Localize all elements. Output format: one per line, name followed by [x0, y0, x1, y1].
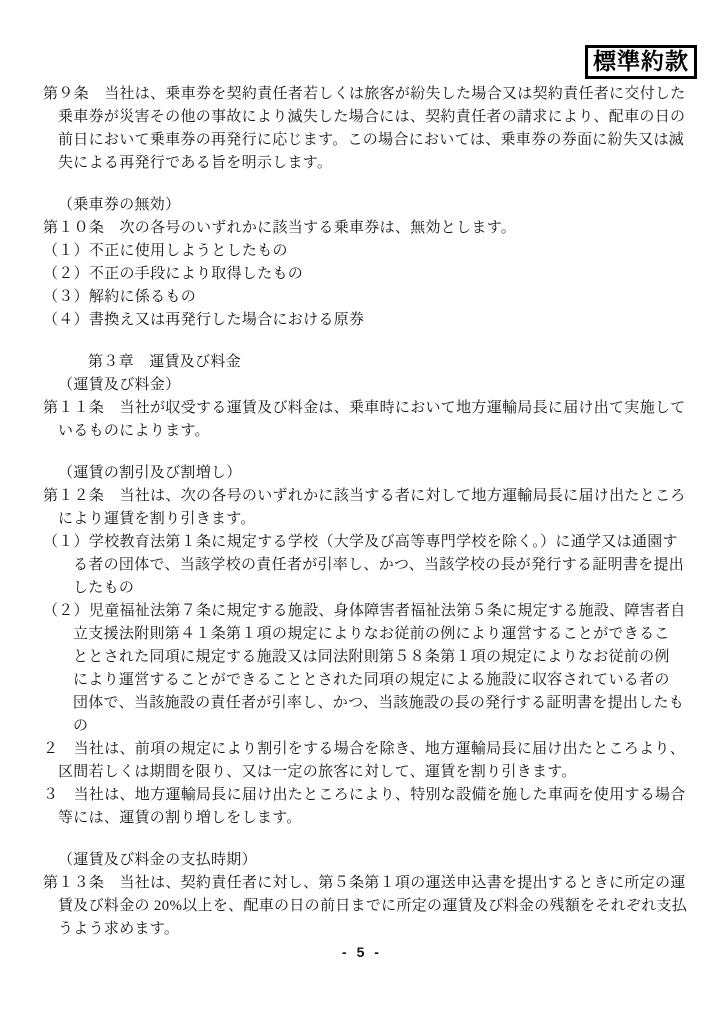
text-line: 第１０条 次の各号のいずれかに該当する乗車券は、無効とします。 [43, 217, 704, 240]
text-line: 区間若しくは期間を限り、又は一定の旅客に対して、運賃を割り引きます。 [43, 761, 704, 784]
text-line: （２）児童福祉法第７条に規定する施設、身体障害者福祉法第５条に規定する施設、障害… [43, 600, 704, 623]
text-line: 賃及び料金の 20%以上を、配車の日の前日までに所定の運賃及び料金の残額をそれぞ… [43, 895, 704, 918]
text-line: （運賃及び料金） [43, 374, 704, 397]
text-line: （３）解約に係るもの [43, 286, 704, 309]
text-line: 等には、運賃の割り増しをします。 [43, 807, 704, 830]
text-line: る者の団体で、当該学校の責任者が引率し、かつ、当該学校の長が発行する証明書を提出 [43, 554, 704, 577]
text-line: 第１３条 当社は、契約責任者に対し、第５条第１項の運送申込書を提出するときに所定… [43, 872, 704, 895]
paragraph-block-article-9-reissue-of-lost-tickets: 第９条 当社は、乗車券を契約責任者若しくは旅客が紛失した場合又は契約責任者に交付… [43, 83, 704, 175]
title-stamp-label: 標準約款 [593, 48, 689, 74]
text-line: 第９条 当社は、乗車券を契約責任者若しくは旅客が紛失した場合又は契約責任者に交付… [43, 83, 704, 106]
document-body: 第９条 当社は、乗車券を契約責任者若しくは旅客が紛失した場合又は契約責任者に交付… [43, 83, 704, 941]
text-line: により運営することができることとされた同項の規定による施設に収容されている者の [43, 669, 704, 692]
text-line: （２）不正の手段により取得したもの [43, 263, 704, 286]
text-line: したもの [43, 577, 704, 600]
paragraph-block-article-10-invalid-tickets: （乗車券の無効）第１０条 次の各号のいずれかに該当する乗車券は、無効とします。（… [43, 194, 704, 332]
paragraph-block-chapter-3-and-article-11-fares: 第３章 運賃及び料金（運賃及び料金）第１１条 当社が収受する運賃及び料金は、乗車… [43, 351, 704, 443]
paragraph-block-article-12-discounts-and-surcharges: （運賃の割引及び割増し）第１２条 当社は、次の各号のいずれかに該当する者に対して… [43, 462, 704, 830]
text-line: 乗車券が災害その他の事故により滅失した場合には、契約責任者の請求により、配車の日… [43, 106, 704, 129]
text-line: 前日において乗車券の再発行に応じます。この場合においては、乗車券の券面に紛失又は… [43, 129, 704, 152]
text-line: いるものによります。 [43, 420, 704, 443]
text-line: ２ 当社は、前項の規定により割引をする場合を除き、地方運輸局長に届け出たところよ… [43, 738, 704, 761]
text-line: （１）不正に使用しようとしたもの [43, 240, 704, 263]
document-page: 標準約款 第９条 当社は、乗車券を契約責任者若しくは旅客が紛失した場合又は契約責… [0, 0, 724, 1024]
title-stamp: 標準約款 [585, 45, 697, 79]
text-line: 失による再発行である旨を明示します。 [43, 152, 704, 175]
text-line: （４）書換え又は再発行した場合における原券 [43, 309, 704, 332]
text-line: 立支援法附則第４１条第１項の規定によりなお従前の例により運営することができるこ [43, 623, 704, 646]
page-number: - 5 - [0, 944, 724, 960]
text-line: （１）学校教育法第１条に規定する学校（大学及び高等専門学校を除く。）に通学又は通… [43, 531, 704, 554]
text-line: （運賃の割引及び割増し） [43, 462, 704, 485]
text-line: ととされた同項に規定する施設又は同法附則第５８条第１項の規定によりなお従前の例 [43, 646, 704, 669]
paragraph-block-article-13-payment-timing: （運賃及び料金の支払時期）第１３条 当社は、契約責任者に対し、第５条第１項の運送… [43, 849, 704, 941]
text-line: （乗車券の無効） [43, 194, 704, 217]
text-line: うよう求めます。 [43, 918, 704, 941]
text-line: （運賃及び料金の支払時期） [43, 849, 704, 872]
text-line: ３ 当社は、地方運輸局長に届け出たところにより、特別な設備を施した車両を使用する… [43, 784, 704, 807]
text-line: の [43, 715, 704, 738]
text-line: 第３章 運賃及び料金 [43, 351, 704, 374]
text-line: により運賃を割り引きます。 [43, 508, 704, 531]
text-line: 団体で、当該施設の責任者が引率し、かつ、当該施設の長の発行する証明書を提出したも [43, 692, 704, 715]
text-line: 第１２条 当社は、次の各号のいずれかに該当する者に対して地方運輸局長に届け出たと… [43, 485, 704, 508]
text-line: 第１１条 当社が収受する運賃及び料金は、乗車時において地方運輸局長に届け出て実施… [43, 397, 704, 420]
